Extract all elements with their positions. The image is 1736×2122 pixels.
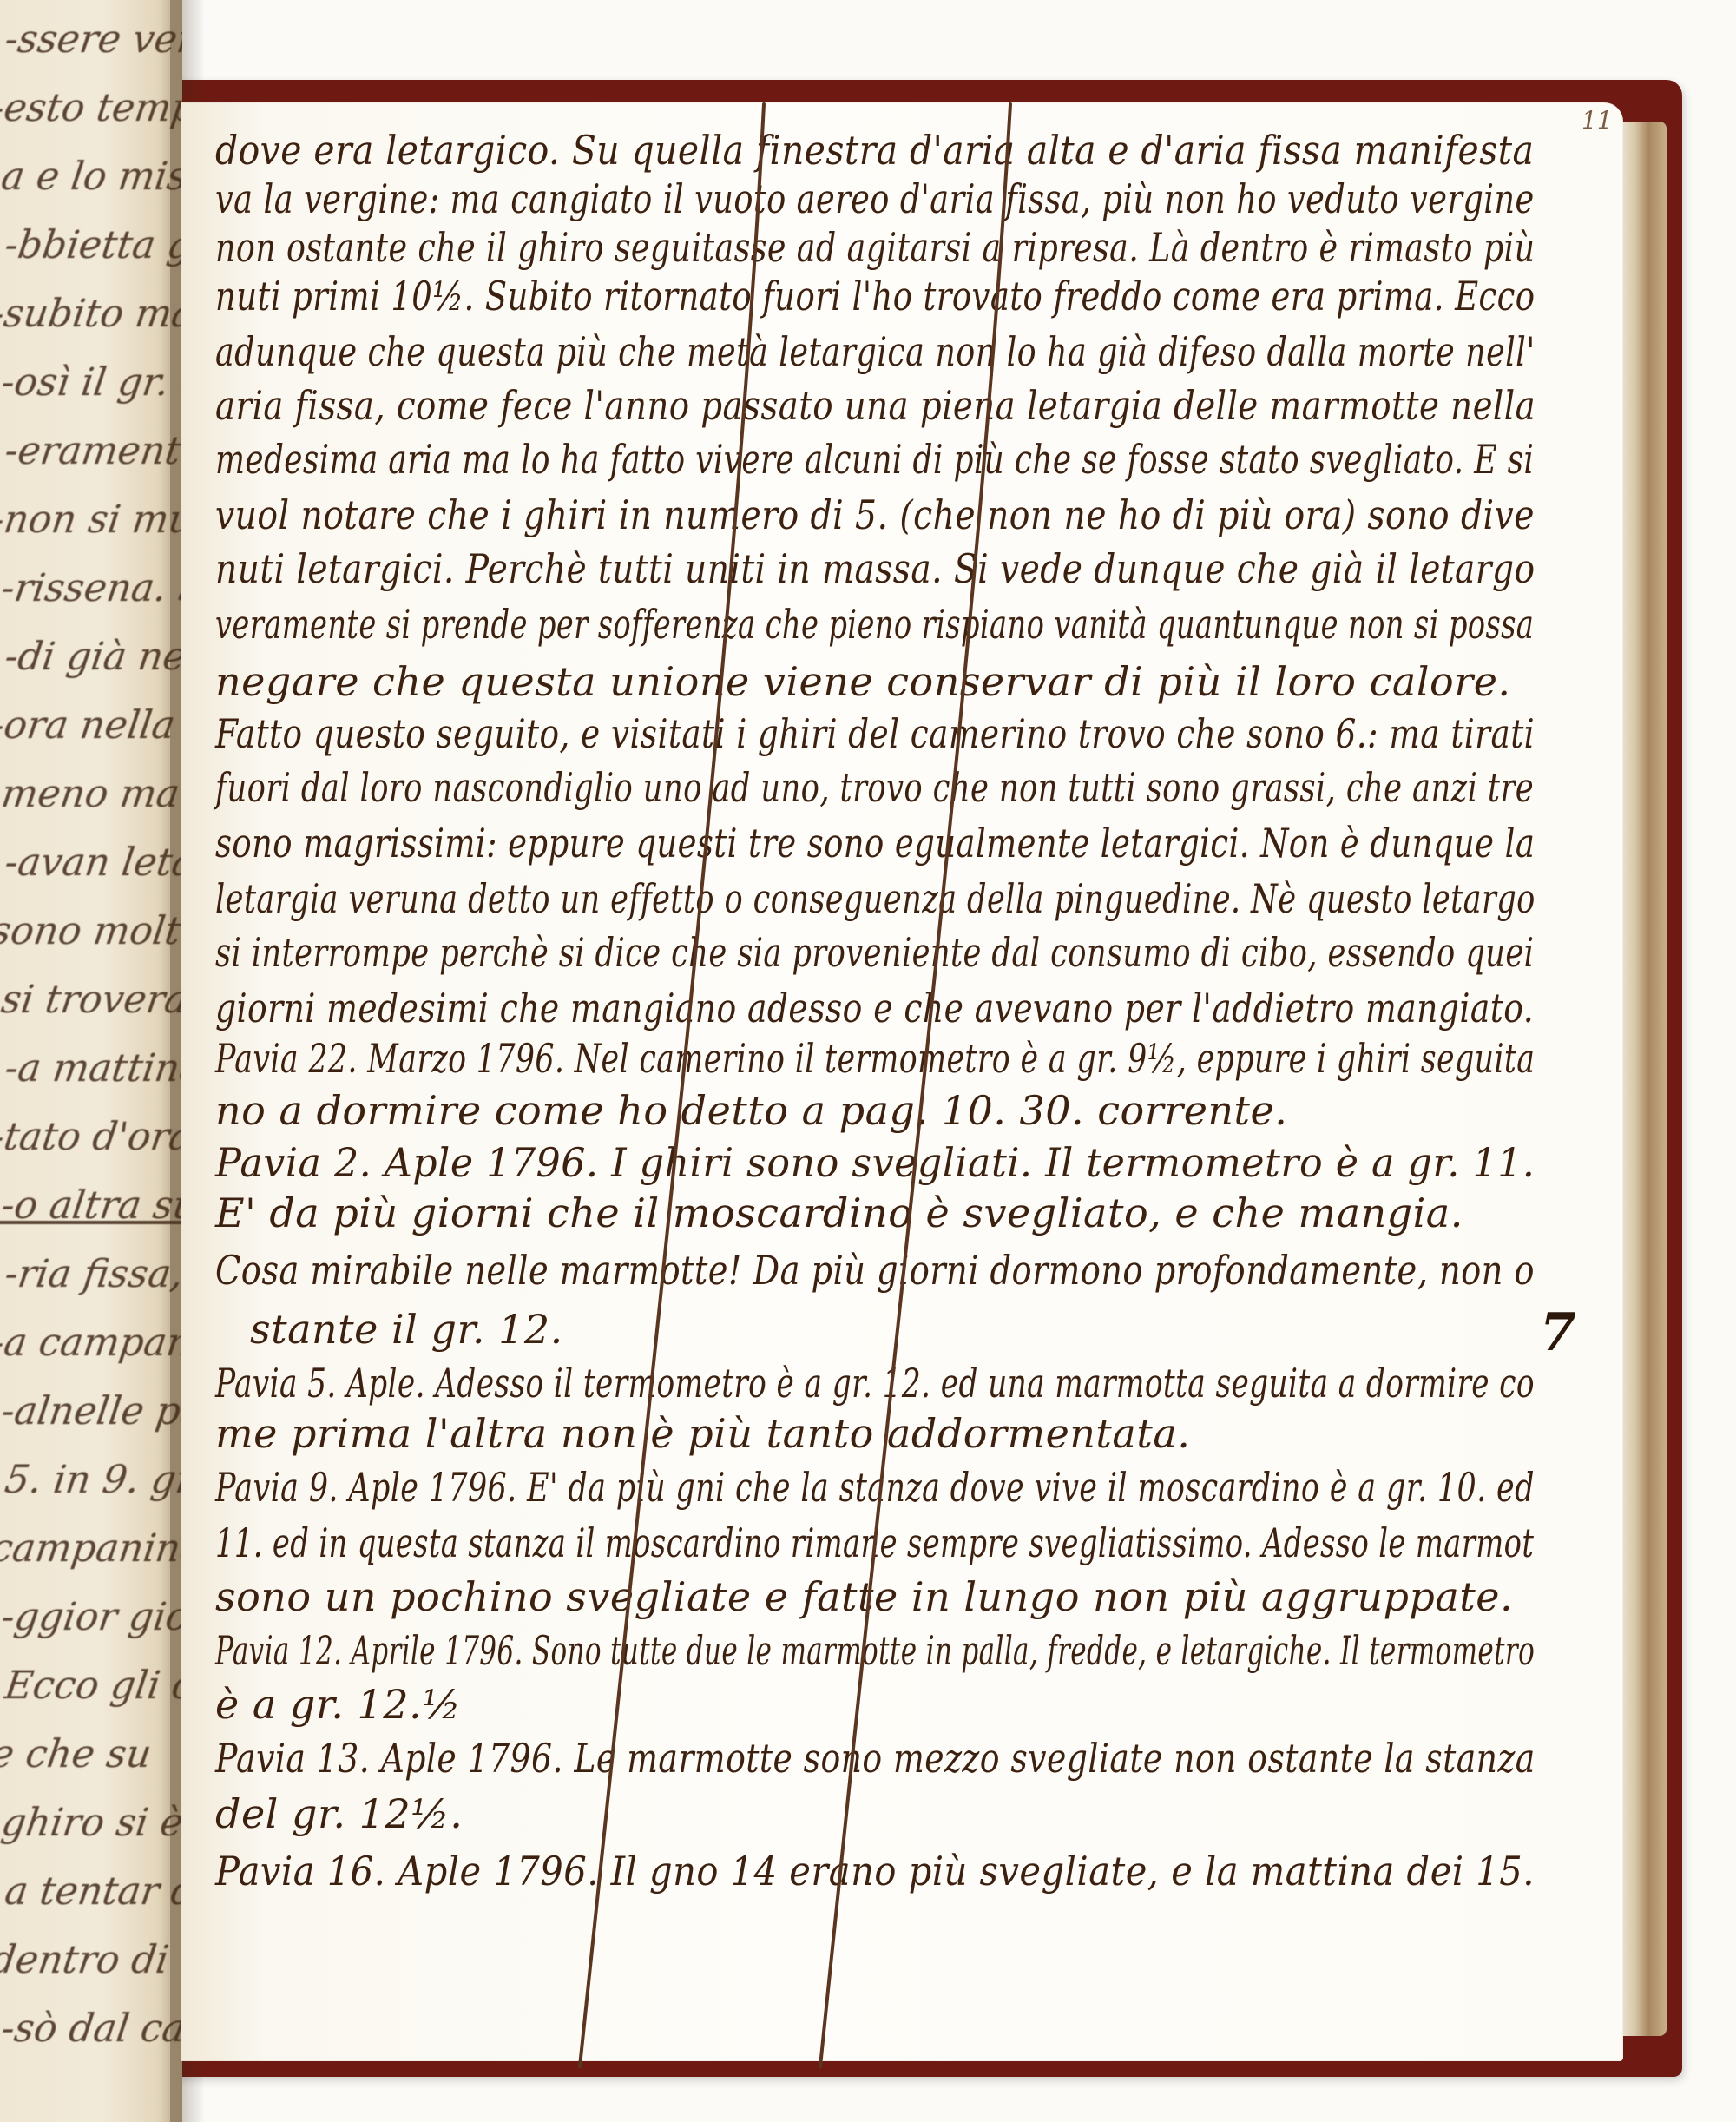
left-page-line: -esto tempo il m [0,86,182,130]
manuscript-line: Pavia 5. Aple. Adesso il termometro è a … [215,1360,1535,1407]
left-page-line: 5. in 9. gr [2,1458,182,1502]
left-page-line: -non si muove [0,498,182,542]
left-page-line: e che su [0,1732,155,1776]
left-page-line: -ssere venuta a [2,17,182,62]
manuscript-line: nuti letargici. Perchè tutti uniti in ma… [215,545,1535,592]
manuscript-line: adunque che questa più che metà letargic… [215,328,1535,375]
manuscript-line: va la vergine: ma cangiato il vuoto aere… [215,175,1535,222]
left-page-line: meno ma l' [0,772,182,816]
left-page-line: -rissena. Si pi [0,566,182,610]
manuscript-line: vuol notare che i ghiri in numero di 5. … [215,491,1535,538]
manuscript-line: fuori dal loro nascondiglio uno ad uno, … [215,764,1534,811]
left-page-line: -ria fissa, ove [2,1252,182,1296]
left-page-line: -avan letargi ci [2,840,182,885]
manuscript-line: 11. ed in questa stanza il moscardino ri… [215,1519,1534,1566]
left-page-line: si troveranno [0,978,182,1022]
manuscript-line: giorni medesimi che mangiano adesso e ch… [215,985,1534,1031]
manuscript-line: Pavia 9. Aple 1796. E' da più gni che la… [215,1464,1535,1511]
left-page-line: -bbietta gra la te [2,223,182,267]
left-page-line: -ggior giornata [0,1595,182,1639]
manuscript-line: no a dormire come ho detto a pag. 10. 30… [215,1087,1287,1134]
manuscript-line: aria fissa, come fece l'anno passato una… [215,382,1535,429]
manuscript-line: si interrompe perchè si dice che sia pro… [215,929,1534,976]
manuscript-line: stante il gr. 12. [250,1306,563,1353]
page-edges [1621,122,1667,2036]
left-page-line: Ecco gli occh [2,1664,182,1708]
manuscript-line: Cosa mirabile nelle marmotte! Da più gio… [215,1247,1535,1294]
manuscript-line: Pavia 22. Marzo 1796. Nel camerino il te… [215,1035,1535,1082]
left-page-line: -alnelle parte [0,1389,182,1433]
left-page-line: ghiro si è le [0,1801,182,1845]
manuscript-line: sono magrissimi: eppure questi tre sono … [215,820,1535,867]
manuscript-line: Fatto questo seguito, e visitati i ghiri… [215,710,1535,757]
manuscript-line: dove era letargico. Su quella finestra d… [215,127,1534,174]
left-page-line: campanina e [0,1526,182,1571]
left-page-line: -eramente sono leta [2,429,182,473]
page-number: 11 [1581,106,1613,135]
manuscript-line: Pavia 2. Aple 1796. I ghiri sono sveglia… [215,1139,1535,1186]
left-page-line: -sò dal camerin [0,2007,182,2051]
manuscript-line: sono un pochino svegliate e fatte in lun… [215,1573,1513,1620]
manuscript-line: medesima aria ma lo ha fatto vivere alcu… [215,436,1534,483]
left-page-line: -o altra sua [0,1183,182,1228]
manuscript-line: Pavia 16. Aple 1796. Il gno 14 erano più… [215,1848,1535,1895]
left-page-line: -di già nella ter [2,635,182,679]
left-page-line: -a campanina [0,1321,182,1365]
manuscript-line: E' da più giorni che il moscardino è sve… [215,1190,1463,1236]
left-page-line: -subito mangiato [0,292,182,336]
manuscript-line: del gr. 12½. [215,1790,463,1837]
left-facing-page: -ssere venuta a-esto tempo il ma e lo mi… [0,0,182,2122]
left-page-line: sono molto gr [0,909,182,953]
margin-mark: 7 [1540,1302,1576,1363]
manuscript-page: 11 7 dove era letargico. Su quella fines… [181,102,1623,2061]
manuscript-line: letargia veruna detto un effetto o conse… [215,875,1535,922]
left-page-line: -osì il gr. 8½ [0,360,182,405]
left-page-line: dentro di ri [0,1938,182,1982]
manuscript-line: è a gr. 12.½ [215,1681,461,1728]
manuscript-line: nuti primi 10½. Subito ritornato fuori l… [215,273,1535,320]
manuscript-line: veramente si prende per sofferenza che p… [215,601,1534,648]
left-page-line: -ora nella camp [0,703,182,748]
left-page-line: -tato d'ora in [0,1115,182,1159]
left-page-line: a e lo mise sop [0,155,182,199]
manuscript-line: non ostante che il ghiro seguitasse ad a… [215,224,1535,271]
manuscript-line: Pavia 12. Aprile 1796. Sono tutte due le… [215,1627,1535,1674]
left-page-line: a tentar di f [2,1869,182,1914]
manuscript-line: negare che questa unione viene conservar… [215,658,1511,705]
manuscript-line: me prima l'altra non è più tanto addorme… [215,1410,1190,1457]
left-page-line: -a mattina ne [2,1046,182,1091]
manuscript-line: Pavia 13. Aple 1796. Le marmotte sono me… [215,1735,1535,1782]
